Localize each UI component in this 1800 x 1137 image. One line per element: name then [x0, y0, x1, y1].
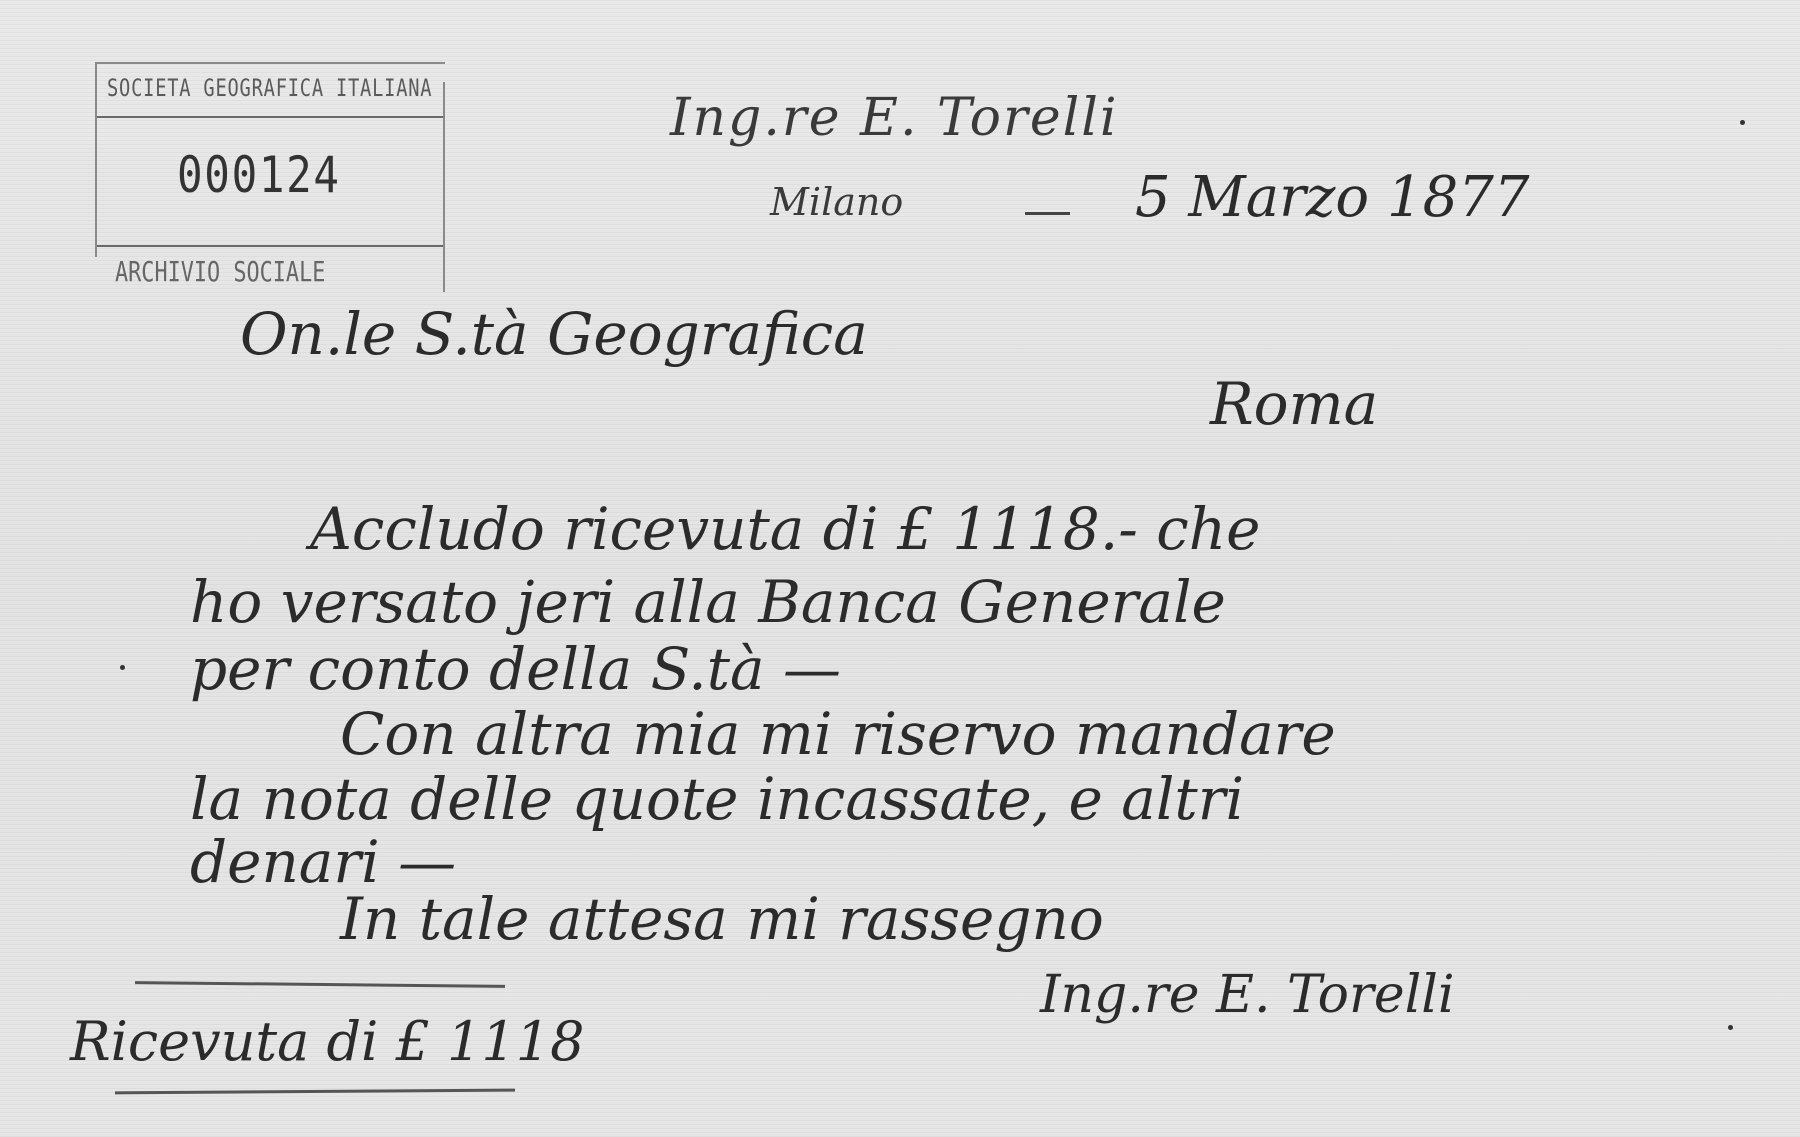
body-line: In tale attesa mi rassegno: [340, 885, 1104, 953]
stamp-archive: ARCHIVIO SOCIALE: [115, 255, 325, 288]
body-line: Con altra mia mi riservo mandare: [340, 700, 1336, 768]
stamp-border-right: [443, 82, 445, 292]
body-line: per conto della S.tà —: [190, 635, 841, 703]
stamp-border-left: [95, 62, 97, 257]
letter-date: 5 Marzo 1877: [1135, 165, 1529, 230]
body-line: la nota delle quote incassate, e altri: [190, 765, 1244, 833]
ink-speck: [1728, 1025, 1733, 1030]
stamp-number: 000124: [177, 146, 341, 204]
stamp-border-mid: [95, 116, 445, 118]
body-line: Accludo ricevuta di £ 1118.- che: [310, 495, 1260, 563]
stamp-organization: SOCIETA GEOGRAFICA ITALIANA: [107, 74, 432, 102]
place-date-dash: [1025, 212, 1070, 215]
signature: Ing.re E. Torelli: [1040, 965, 1455, 1025]
recipient-city: Roma: [1210, 370, 1378, 438]
margin-note: Ricevuta di £ 1118: [70, 1010, 584, 1073]
ink-speck: [120, 665, 125, 670]
stamp-border-top: [95, 62, 445, 64]
recipient-salutation: On.le S.tà Geografica: [240, 300, 868, 368]
stamp-border-bottom: [95, 245, 445, 247]
letter-place: Milano: [770, 180, 903, 224]
archive-stamp: SOCIETA GEOGRAFICA ITALIANA 000124 ARCHI…: [95, 62, 445, 292]
body-line: ho versato jeri alla Banca Generale: [190, 568, 1226, 636]
letterhead: Ing.re E. Torelli: [670, 88, 1119, 148]
ink-speck: [1740, 120, 1745, 125]
